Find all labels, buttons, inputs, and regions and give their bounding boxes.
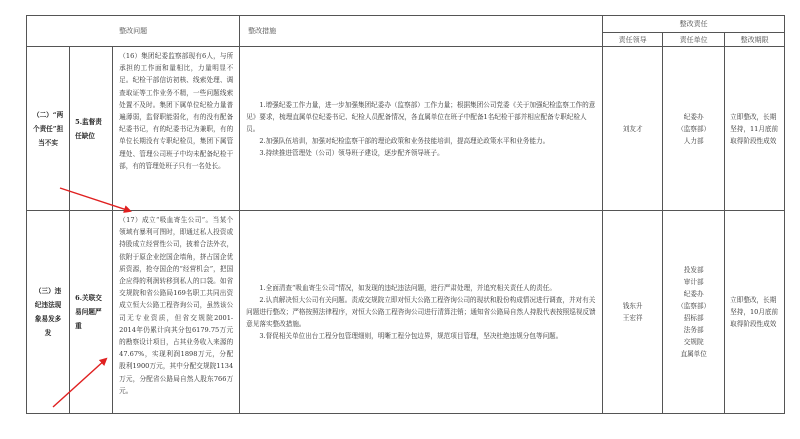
measures-cell: 1.增强纪委工作力量，进一步加强集团纪委办（监察部）工作力量；根据集团公司党委《…: [240, 47, 603, 211]
measure-item: 2.认真解决恒大公司有关问题。责成交规院立即对恒大公路工程咨询公司的现状和股份构…: [246, 294, 596, 330]
table-row: （三）违纪违法现象易发多发 6.关联交易问题严重 （17）成立“吸血寄生公司”。…: [27, 211, 785, 414]
unit-name: 招标部: [663, 312, 724, 324]
category-cell: （三）违纪违法现象易发多发: [27, 211, 70, 414]
subcategory-cell: 5.监督责任缺位: [70, 47, 113, 211]
unit-name: 纪委办: [663, 288, 724, 300]
deadline-cell: 立即整改，长期坚持，10月底前取得阶段性成效: [725, 211, 785, 414]
measure-item: 3.持续推进管理处（公司）领导班子建设，逐步配齐领导班子。: [246, 147, 596, 159]
table-row: （二）“两个责任”担当不实 5.监督责任缺位 （16）集团纪委监察部现有6人，与…: [27, 47, 785, 211]
unit-name: 纪委办: [663, 111, 724, 123]
unit-name: （监察部）: [663, 123, 724, 135]
subcategory-cell: 6.关联交易问题严重: [70, 211, 113, 414]
category-cell: （二）“两个责任”担当不实: [27, 47, 70, 211]
measure-item: 3.督促相关单位出台工程分包管理细则，明晰工程分包边界，规范项目管理，坚决杜绝违…: [246, 330, 596, 342]
measure-item: 2.加强队伍培训，加强对纪检监察干部的理论政策和业务技能培训，提高理论政策水平和…: [246, 135, 596, 147]
unit-name: 人力部: [663, 135, 724, 147]
rectification-table: 整改问题 整改措施 整改责任 责任领导 责任单位 整改期限 （二）“两个责任”担…: [26, 15, 785, 414]
leader-cell: 钱东升 王宏祥: [603, 211, 663, 414]
leader-name: 王宏祥: [603, 312, 662, 324]
measures-cell: 1.全面清查“吸血寄生公司”情况，如发现的违纪违法问题，进行严肃处理，并追究相关…: [240, 211, 603, 414]
header-responsibility: 整改责任: [603, 16, 785, 33]
unit-name: 投发部: [663, 264, 724, 276]
description-cell: （17）成立“吸血寄生公司”。当某个领域有暴利可图时，即通过私人投资或持股成立经…: [113, 211, 240, 414]
measure-item: 1.增强纪委工作力量，进一步加强集团纪委办（监察部）工作力量；根据集团公司党委《…: [246, 99, 596, 135]
leader-name: 钱东升: [603, 300, 662, 312]
unit-cell: 纪委办 （监察部） 人力部: [663, 47, 725, 211]
header-unit: 责任单位: [663, 33, 725, 47]
unit-cell: 投发部 审计部 纪委办 （监察部） 招标部 法务部 交规院 直属单位: [663, 211, 725, 414]
unit-name: （监察部）: [663, 300, 724, 312]
leader-name: 刘友才: [603, 123, 662, 135]
deadline-cell: 立即整改，长期坚持，11月底前取得阶段性成效: [725, 47, 785, 211]
unit-name: 交规院: [663, 336, 724, 348]
header-measures: 整改措施: [240, 16, 603, 47]
unit-name: 直属单位: [663, 348, 724, 360]
header-problem: 整改问题: [27, 16, 240, 47]
description-cell: （16）集团纪委监察部现有6人，与所承担的工作面和量相比，力量明显不足。纪检干部…: [113, 47, 240, 211]
leader-cell: 刘友才: [603, 47, 663, 211]
header-deadline: 整改期限: [725, 33, 785, 47]
measure-item: 1.全面清查“吸血寄生公司”情况，如发现的违纪违法问题，进行严肃处理，并追究相关…: [246, 282, 596, 294]
unit-name: 法务部: [663, 324, 724, 336]
header-leader: 责任领导: [603, 33, 663, 47]
unit-name: 审计部: [663, 276, 724, 288]
